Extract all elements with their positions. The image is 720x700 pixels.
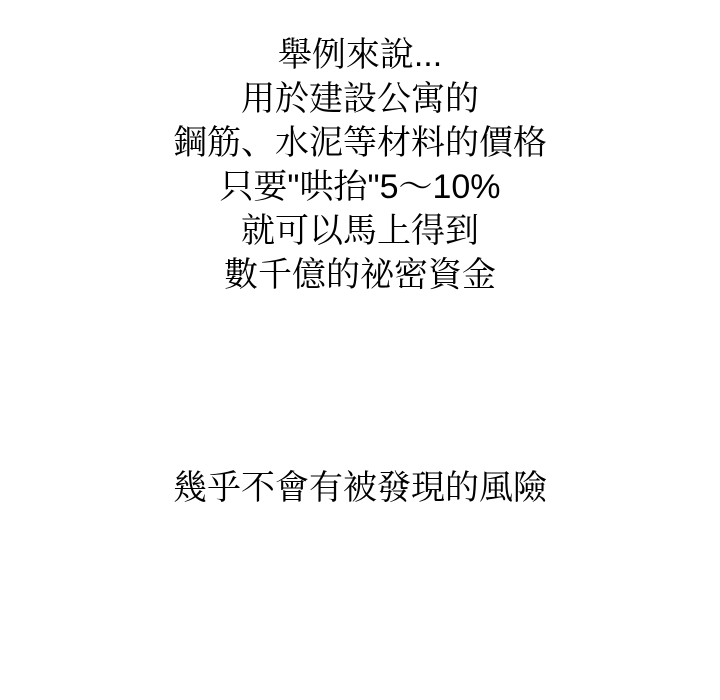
caption-text: 幾乎不會有被發現的風險 [0,466,720,510]
narration-line-5: 就可以馬上得到 [0,209,720,253]
narration-line-3: 鋼筋、水泥等材料的價格 [0,121,720,165]
narration-line-1: 舉例來說... [0,33,720,77]
narration-line-4: 只要"哄抬"5～10% [0,165,720,209]
comic-page: 舉例來說... 用於建設公寓的 鋼筋、水泥等材料的價格 只要"哄抬"5～10% … [0,0,720,700]
narration-line-2: 用於建設公寓的 [0,77,720,121]
narration-text-block: 舉例來說... 用於建設公寓的 鋼筋、水泥等材料的價格 只要"哄抬"5～10% … [0,33,720,297]
narration-line-6: 數千億的祕密資金 [0,253,720,297]
